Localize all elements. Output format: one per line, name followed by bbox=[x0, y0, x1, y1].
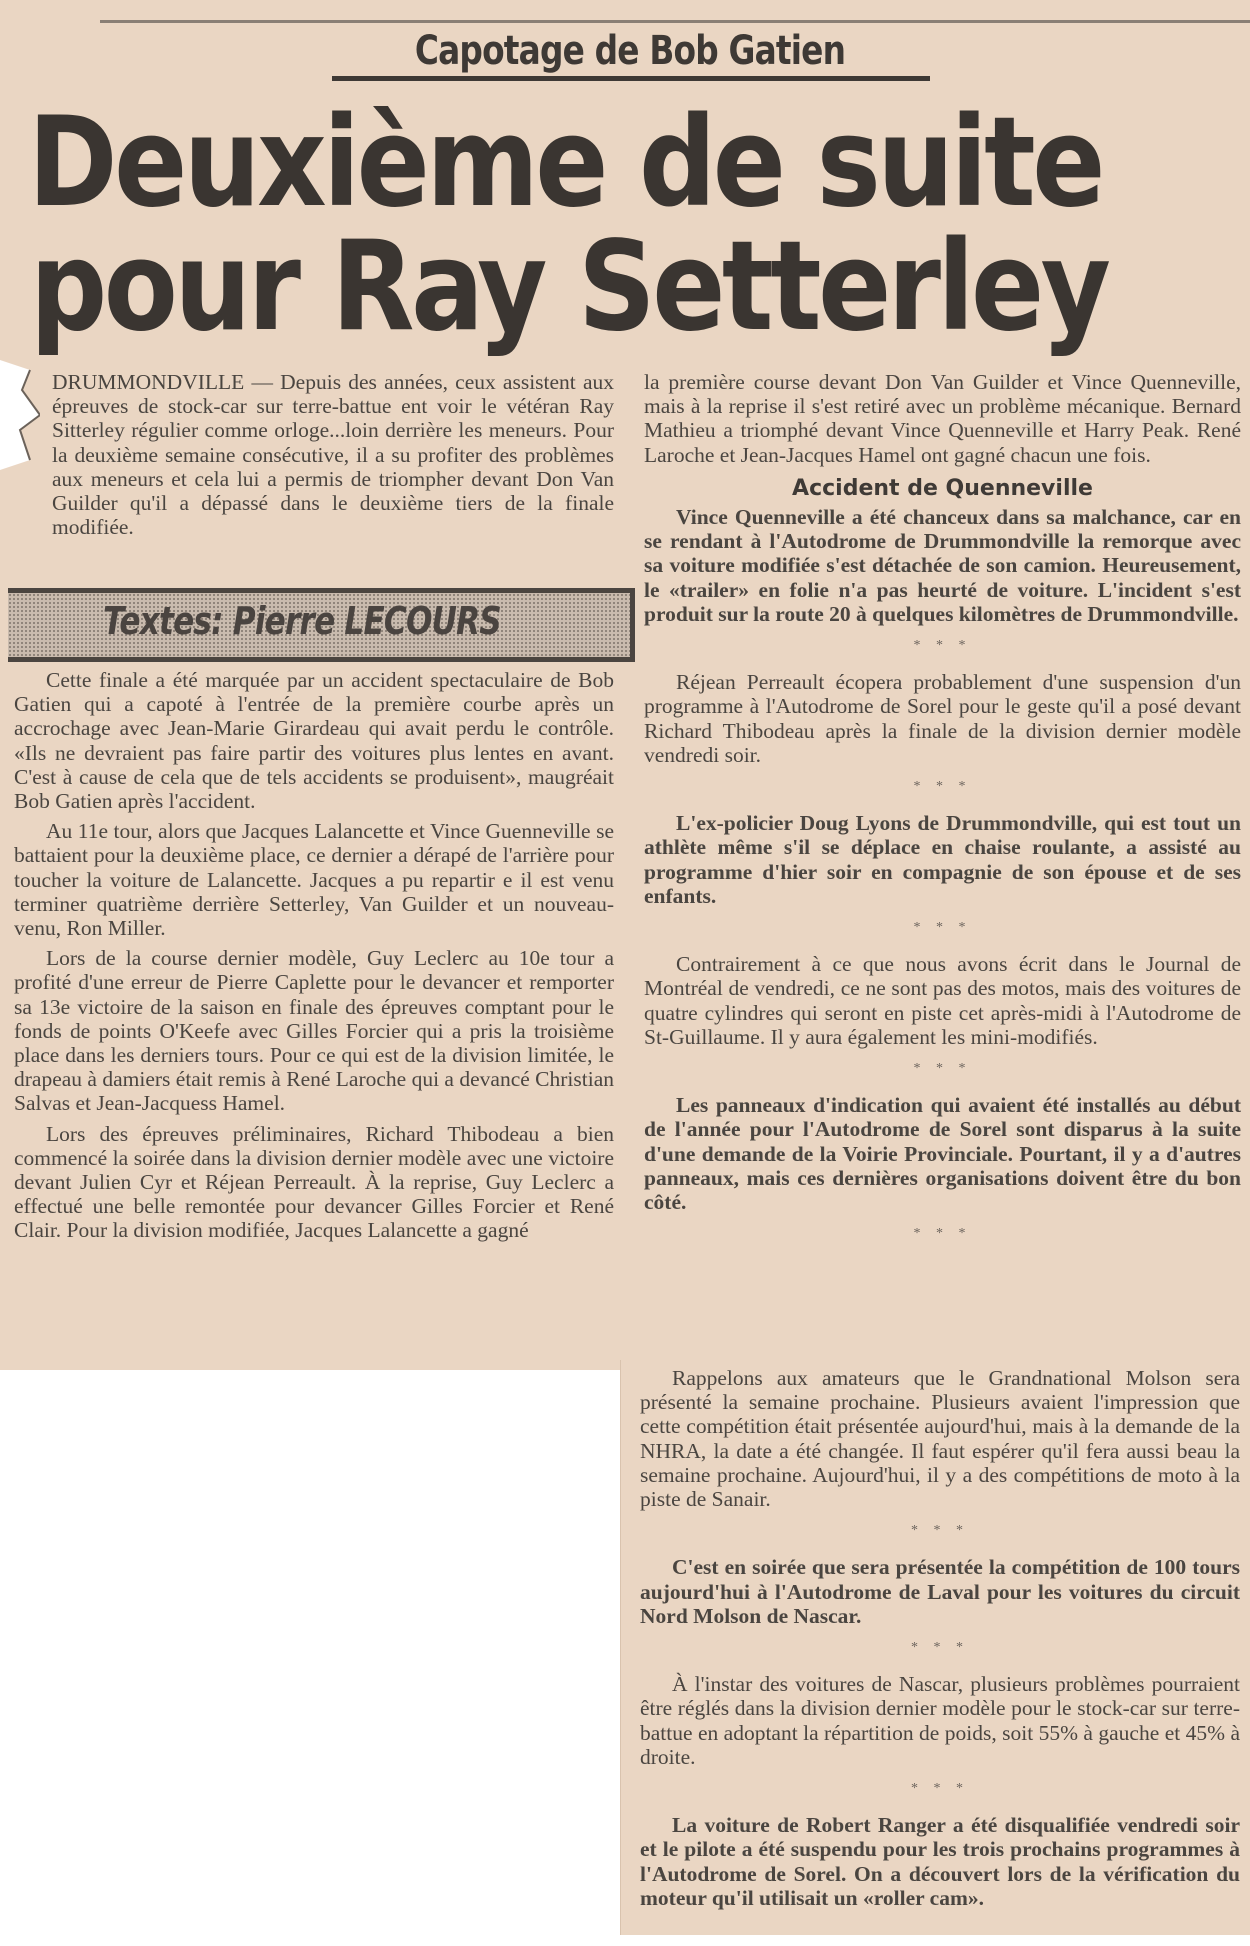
separator: * * * bbox=[644, 775, 1241, 799]
body-paragraph: Cette finale a été marquée par un accide… bbox=[14, 668, 614, 813]
headline-line-1: Deuxième de suite bbox=[28, 98, 1089, 228]
kicker-underline bbox=[332, 76, 930, 81]
body-paragraph: Lors de la course dernier modèle, Guy Le… bbox=[14, 946, 614, 1115]
separator: * * * bbox=[644, 916, 1241, 940]
top-rule bbox=[100, 20, 1250, 23]
headline-line-2: pour Ray Setterley bbox=[30, 222, 1091, 352]
note-paragraph: Vince Quenneville a été chanceux dans sa… bbox=[644, 505, 1241, 626]
separator: * * * bbox=[644, 1222, 1241, 1246]
right-column: la première course devant Don Van Guilde… bbox=[644, 370, 1241, 1259]
lead-column: DRUMMONDVILLE — Depuis des années, ceux … bbox=[14, 370, 614, 545]
note-paragraph: Rappelons aux amateurs que le Grandnatio… bbox=[640, 1366, 1240, 1511]
left-body-column: Cette finale a été marquée par un accide… bbox=[14, 668, 614, 1249]
lead-paragraph: DRUMMONDVILLE — Depuis des années, ceux … bbox=[14, 370, 614, 539]
byline-box: Textes: Pierre LECOURS bbox=[8, 588, 635, 662]
body-paragraph: Lors des épreuves préliminaires, Richard… bbox=[14, 1122, 614, 1243]
note-paragraph: Contrairement à ce que nous avons écrit … bbox=[644, 952, 1241, 1049]
byline: Textes: Pierre LECOURS bbox=[103, 599, 501, 643]
separator: * * * bbox=[644, 1057, 1241, 1081]
note-paragraph: C'est en soirée que sera présentée la co… bbox=[640, 1555, 1240, 1628]
continuation-paragraph: la première course devant Don Van Guilde… bbox=[644, 370, 1241, 467]
right-column-lower: Rappelons aux amateurs que le Grandnatio… bbox=[640, 1366, 1240, 1916]
note-paragraph: La voiture de Robert Ranger a été disqua… bbox=[640, 1813, 1240, 1910]
note-paragraph: Réjean Perreault écopera probablement d'… bbox=[644, 670, 1241, 767]
separator: * * * bbox=[644, 634, 1241, 658]
separator: * * * bbox=[640, 1636, 1240, 1660]
body-paragraph: Au 11e tour, alors que Jacques Lalancett… bbox=[14, 819, 614, 940]
kicker: Capotage de Bob Gatien bbox=[384, 28, 876, 74]
note-paragraph: Les panneaux d'indication qui avaient ét… bbox=[644, 1093, 1241, 1214]
separator: * * * bbox=[640, 1519, 1240, 1543]
separator: * * * bbox=[640, 1777, 1240, 1801]
note-paragraph: L'ex-policier Doug Lyons de Drummondvill… bbox=[644, 811, 1241, 908]
subheading: Accident de Quenneville bbox=[644, 477, 1241, 501]
note-paragraph: À l'instar des voitures de Nascar, plusi… bbox=[640, 1672, 1240, 1769]
